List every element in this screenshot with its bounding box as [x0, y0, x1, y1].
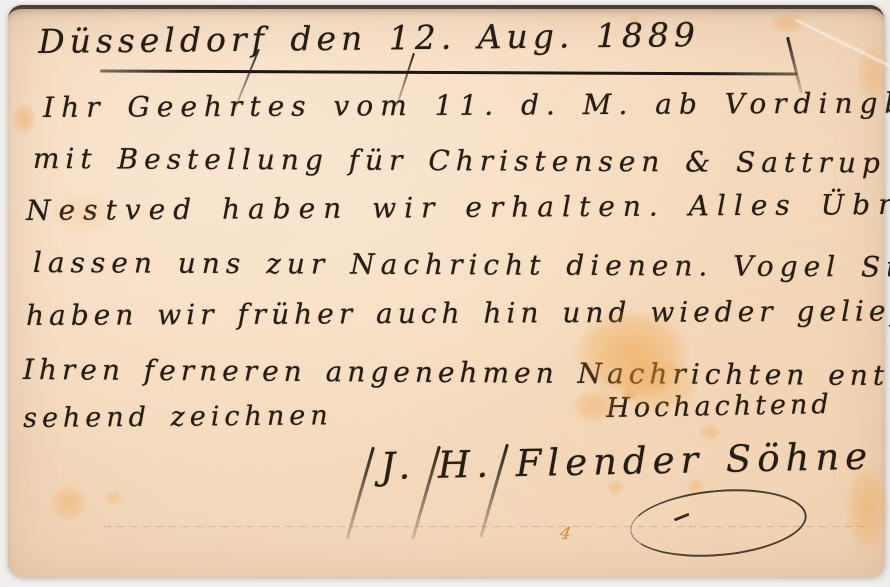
stain [851, 35, 890, 109]
stain [682, 475, 710, 497]
stain [44, 479, 94, 527]
stain [38, 187, 124, 241]
pen-descender-stroke [786, 37, 803, 94]
postcard: Düsseldorf den 12. Aug. 1889 Ihr Geehrte… [8, 5, 884, 577]
stain [838, 452, 890, 564]
stain [8, 99, 40, 139]
handwritten-line-1: Ihr Geehrtes vom 11. d. M. ab Vordingbor… [43, 86, 890, 124]
handwritten-line-6: Ihren ferneren angenehmen Nachrichten en… [23, 353, 890, 393]
closing-left: sehend zeichnen [23, 400, 333, 434]
handwritten-line-3: Nestved haben wir erhalten. Alles Übrige [26, 187, 890, 227]
handwritten-line-5: haben wir früher auch hin und wieder gel… [26, 294, 890, 332]
stain [604, 477, 628, 497]
stain [564, 383, 628, 429]
handwritten-line-2: mit Bestellung für Christensen & Sattrup… [33, 142, 890, 180]
stain [626, 11, 642, 29]
show-through-rule [104, 526, 864, 527]
dateline-underline [100, 69, 797, 75]
scanned-image: Düsseldorf den 12. Aug. 1889 Ihr Geehrte… [0, 0, 890, 587]
stain [102, 488, 126, 508]
stain [696, 421, 724, 443]
handwritten-line-4: lassen uns zur Nachricht dienen. Vogel S… [33, 246, 890, 284]
stain [620, 387, 640, 403]
signature-flourish-oval [627, 482, 809, 563]
signature: J. H. Flender Söhne [380, 435, 874, 488]
dateline: Düsseldorf den 12. Aug. 1889 [38, 15, 700, 61]
pencil-mark: 4 [559, 523, 573, 544]
